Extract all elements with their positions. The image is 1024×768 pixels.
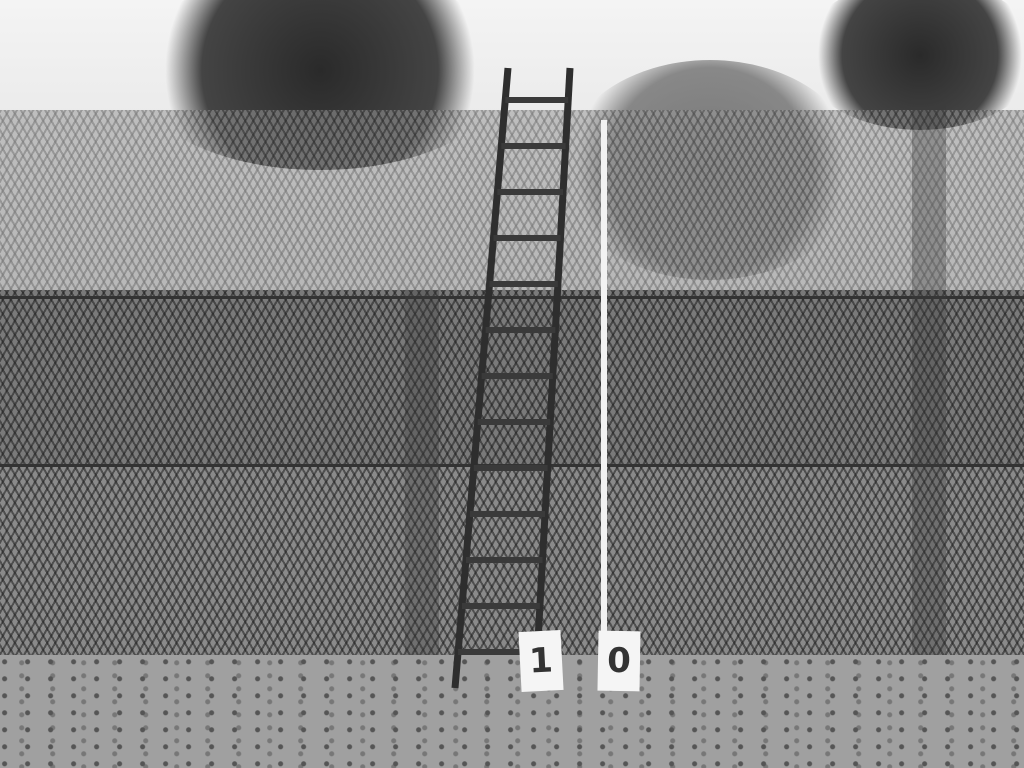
evidence-marker: 0: [597, 631, 640, 692]
photograph: 1 0: [0, 0, 1024, 768]
ladder: [0, 0, 1024, 768]
measuring-pole: [601, 120, 607, 635]
evidence-marker: 1: [518, 630, 563, 692]
